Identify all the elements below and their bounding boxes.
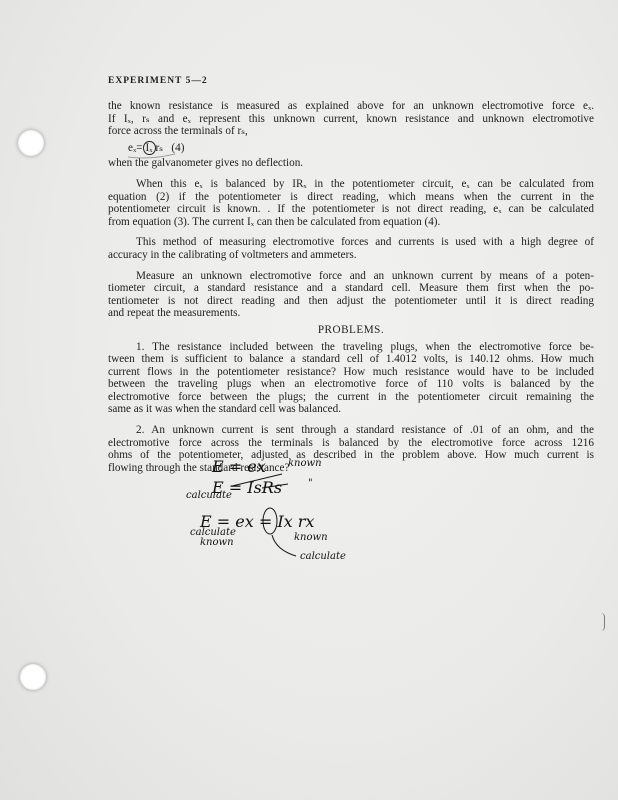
scanned-document-page: EXPERIMENT 5—2 the known resistance is m… <box>0 0 618 800</box>
handwritten-strokes <box>0 0 618 800</box>
